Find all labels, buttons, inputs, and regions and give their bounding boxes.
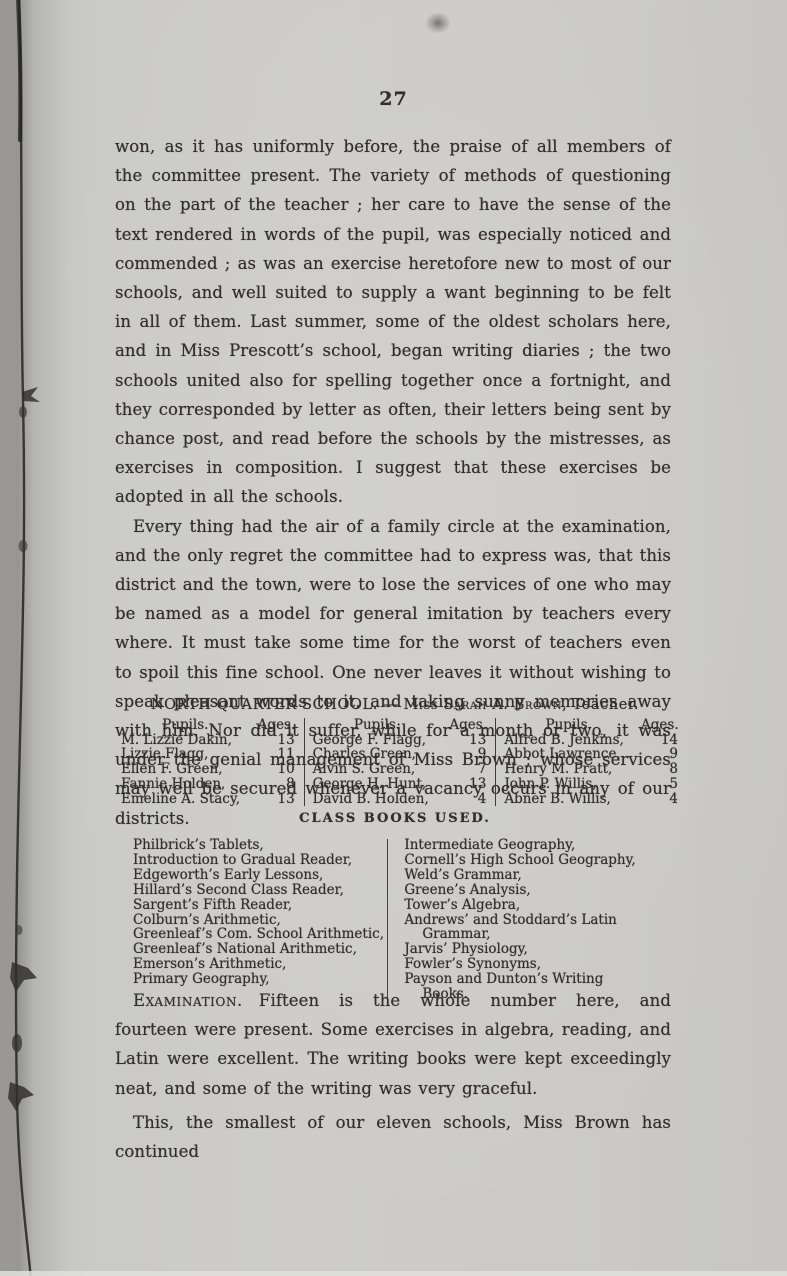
page-number: 27: [0, 88, 787, 110]
table-row: Alvin S. Green, 7: [305, 762, 496, 777]
table-row: Abner B. Willis, 4: [496, 792, 687, 807]
table-row: George H. Hunt, 13: [305, 777, 496, 792]
table-row: Charles Green, 9: [305, 747, 496, 762]
pupil-age: 13: [449, 733, 495, 748]
book-item: Greenleaf’s National Arithmetic,: [133, 942, 387, 957]
pupils-table: Pupils. Ages. M. Lizzie Dakin, 13 Lizzie…: [113, 718, 687, 806]
pupil-name: Abner B. Willis,: [496, 792, 641, 807]
book-item: Sargent’s Fifth Reader,: [133, 898, 387, 913]
table-row: John P. Willis, 5: [496, 777, 687, 792]
pupil-name: David B. Holden,: [305, 792, 450, 807]
table-row: Ellen F. Green, 10: [113, 762, 304, 777]
column-divider-rule: [387, 839, 388, 1002]
pupil-age: 4: [449, 792, 495, 807]
pupil-name: George F. Flagg,: [305, 733, 450, 748]
pupil-name: Alvin S. Green,: [305, 762, 450, 777]
closing-block: This, the smallest of our eleven schools…: [115, 1108, 671, 1166]
pupil-age: 8: [258, 777, 304, 792]
examination-block: Examination.Fifteen is the whole number …: [115, 986, 671, 1103]
pupil-name: Fannie Holden,: [113, 777, 258, 792]
pupils-column-3: Pupils. Ages. Alfred B. Jenkins, 14 Abbo…: [496, 718, 687, 806]
pupil-age: 13: [449, 777, 495, 792]
book-item: Jarvis’ Physiology,: [404, 942, 648, 957]
book-item: Tower’s Algebra,: [404, 898, 648, 913]
pupil-name: Lizzie Flagg,: [113, 747, 258, 762]
book-item: Andrews’ and Stoddard’s Latin Grammar,: [404, 913, 648, 943]
book-item: Greenleaf’s Com. School Arithmetic,: [133, 927, 387, 942]
book-item: Philbrick’s Tablets,: [133, 838, 387, 853]
book-item: Cornell’s High School Geography,: [404, 853, 648, 868]
pupil-age: 4: [641, 792, 687, 807]
book-item: Intermediate Geography,: [404, 838, 648, 853]
ink-smudge: [425, 12, 451, 34]
pupil-age: 11: [258, 747, 304, 762]
school-table-title: NORTH QUARTER SCHOOL. — Miss Sarah A. Br…: [115, 697, 675, 713]
teacher-role: Teacher.: [567, 697, 639, 713]
ages-header: Ages.: [449, 718, 495, 733]
table-row: George F. Flagg, 13: [305, 733, 496, 748]
pupil-name: Emeline A. Stacy,: [113, 792, 258, 807]
table-row: Emeline A. Stacy, 13: [113, 792, 304, 807]
table-row: Abbot Lawrence, 9: [496, 747, 687, 762]
pupil-age: 8: [641, 762, 687, 777]
paragraph-1: won, as it has uniformly before, the pra…: [115, 132, 671, 512]
table-row: David B. Holden, 4: [305, 792, 496, 807]
table-header-row: Pupils. Ages.: [496, 718, 687, 733]
closing-paragraph: This, the smallest of our eleven schools…: [115, 1108, 671, 1166]
ages-header: Ages.: [258, 718, 304, 733]
pupils-header: Pupils.: [113, 718, 258, 733]
pupils-column-1: Pupils. Ages. M. Lizzie Dakin, 13 Lizzie…: [113, 718, 305, 806]
pupil-age: 13: [258, 733, 304, 748]
pupil-name: Ellen F. Green,: [113, 762, 258, 777]
book-item: Colburn’s Arithmetic,: [133, 913, 387, 928]
pupil-name: George H. Hunt,: [305, 777, 450, 792]
book-item: Weld’s Grammar,: [404, 868, 648, 883]
table-row: Henry M. Pratt, 8: [496, 762, 687, 777]
book-item: Emerson’s Arithmetic,: [133, 957, 387, 972]
pupil-age: 7: [449, 762, 495, 777]
examination-paragraph: Examination.Fifteen is the whole number …: [115, 986, 671, 1103]
book-item: Fowler’s Synonyms,: [404, 957, 648, 972]
table-row: M. Lizzie Dakin, 13: [113, 733, 304, 748]
pupil-name: Henry M. Pratt,: [496, 762, 641, 777]
teacher-name: Miss Sarah A. Brown,: [403, 697, 567, 713]
binding-stitch-marks: [0, 0, 80, 1276]
class-books-left-column: Philbrick’s Tablets, Introduction to Gra…: [133, 838, 387, 1002]
class-books-list: Philbrick’s Tablets, Introduction to Gra…: [133, 838, 681, 1002]
pupil-age: 5: [641, 777, 687, 792]
examination-label: Examination.: [133, 991, 259, 1010]
book-item: Introduction to Gradual Reader,: [133, 853, 387, 868]
book-item: Primary Geography,: [133, 972, 387, 987]
pupil-age: 14: [641, 733, 687, 748]
class-books-right-column: Intermediate Geography, Cornell’s High S…: [394, 838, 648, 1002]
pupils-column-2: Pupils. Ages. George F. Flagg, 13 Charle…: [305, 718, 497, 806]
book-item: Edgeworth’s Early Lessons,: [133, 868, 387, 883]
pupil-name: John P. Willis,: [496, 777, 641, 792]
pupil-name: Abbot Lawrence,: [496, 747, 641, 762]
pupil-name: M. Lizzie Dakin,: [113, 733, 258, 748]
table-row: Fannie Holden, 8: [113, 777, 304, 792]
table-row: Alfred B. Jenkins, 14: [496, 733, 687, 748]
ages-header: Ages.: [641, 718, 687, 733]
table-row: Lizzie Flagg, 11: [113, 747, 304, 762]
pupils-header: Pupils.: [496, 718, 641, 733]
table-header-row: Pupils. Ages.: [113, 718, 304, 733]
pupil-age: 13: [258, 792, 304, 807]
scanned-document-page: 27 won, as it has uniformly before, the …: [0, 0, 787, 1276]
pupils-header: Pupils.: [305, 718, 450, 733]
class-books-heading: CLASS BOOKS USED.: [115, 811, 675, 826]
school-name: NORTH QUARTER SCHOOL. —: [151, 697, 404, 713]
pupil-age: 9: [641, 747, 687, 762]
book-item: Greene’s Analysis,: [404, 883, 648, 898]
page-bottom-edge: [0, 1271, 787, 1276]
pupil-age: 9: [449, 747, 495, 762]
pupil-age: 10: [258, 762, 304, 777]
pupil-name: Alfred B. Jenkins,: [496, 733, 641, 748]
pupil-name: Charles Green,: [305, 747, 450, 762]
book-item: Hillard’s Second Class Reader,: [133, 883, 387, 898]
table-header-row: Pupils. Ages.: [305, 718, 496, 733]
